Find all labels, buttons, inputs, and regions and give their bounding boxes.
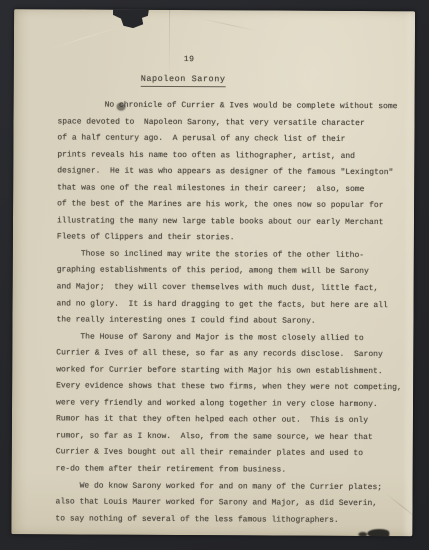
edge-smudge [367,529,389,536]
document-body: No chronicle of Currier & Ives would be … [55,97,413,529]
document-page: 19 Napoleon Sarony No chronicle of Curri… [11,9,415,536]
paragraph-4: We do know Sarony worked for and on many… [55,478,411,530]
photo-background: 19 Napoleon Sarony No chronicle of Curri… [0,0,429,550]
paragraph-3: The House of Sarony and Major is the mos… [56,329,413,480]
paper-crease [46,25,123,50]
edge-smudge [358,532,367,536]
paragraph-2: Those so inclined may write the stories … [56,246,412,331]
paragraph-1: No chronicle of Currier & Ives would be … [57,97,414,248]
page-number: 19 [184,55,195,64]
ink-blot [117,103,126,111]
paper-crease [169,10,170,82]
paper-crease [200,18,259,32]
page-title: Napoleon Sarony [141,74,226,87]
